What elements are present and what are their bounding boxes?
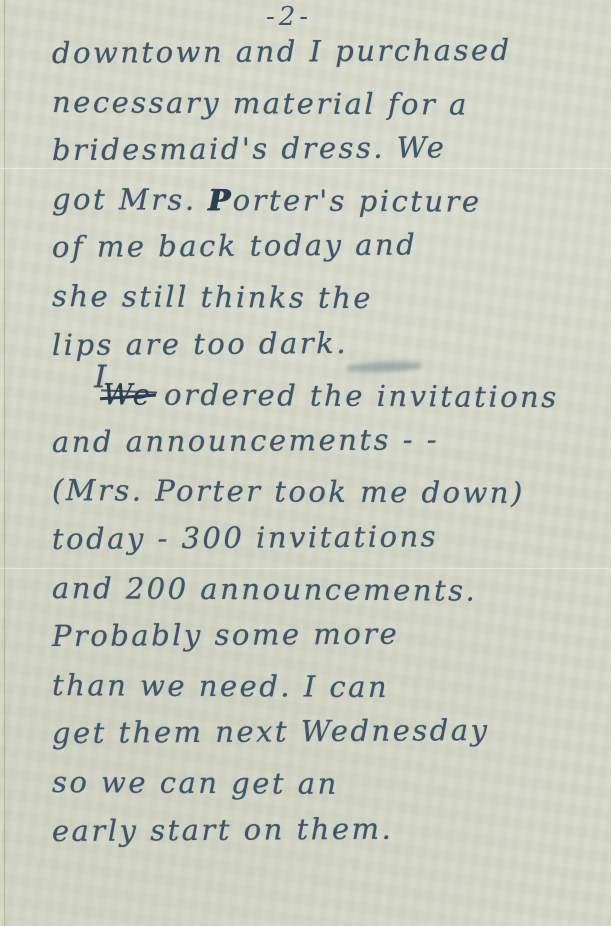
letter-line: of me back today and bbox=[52, 227, 599, 279]
letter-line: today - 300 invitations bbox=[52, 518, 599, 570]
letter-line: necessary material for a bbox=[52, 85, 599, 137]
letter-line: and announcements - - bbox=[52, 421, 599, 473]
struck-out-word: We bbox=[103, 377, 153, 411]
letter-page: -2- downtown and I purchased necessary m… bbox=[0, 0, 611, 926]
paper-edge-line bbox=[4, 0, 5, 926]
letter-line: (Mrs. Porter took me down) bbox=[52, 473, 599, 525]
letter-line: get them next Wednesday bbox=[52, 712, 599, 764]
letter-body: downtown and I purchased necessary mater… bbox=[52, 36, 599, 862]
page-number: -2- bbox=[244, 2, 334, 32]
letter-line: she still thinks the bbox=[52, 279, 599, 331]
overwritten-letter: P bbox=[208, 183, 233, 217]
letter-line: early start on them. bbox=[52, 810, 599, 862]
letter-line: bridesmaid's dress. We bbox=[52, 129, 599, 181]
letter-line: lips are too dark. bbox=[52, 324, 599, 376]
letter-line: Probably some more bbox=[52, 615, 599, 667]
letter-line-with-correction: IWe ordered the invitations bbox=[52, 376, 599, 428]
letter-line: so we can get an bbox=[52, 765, 599, 817]
letter-line: downtown and I purchased bbox=[52, 32, 599, 84]
letter-line: and 200 announcements. bbox=[52, 571, 599, 623]
